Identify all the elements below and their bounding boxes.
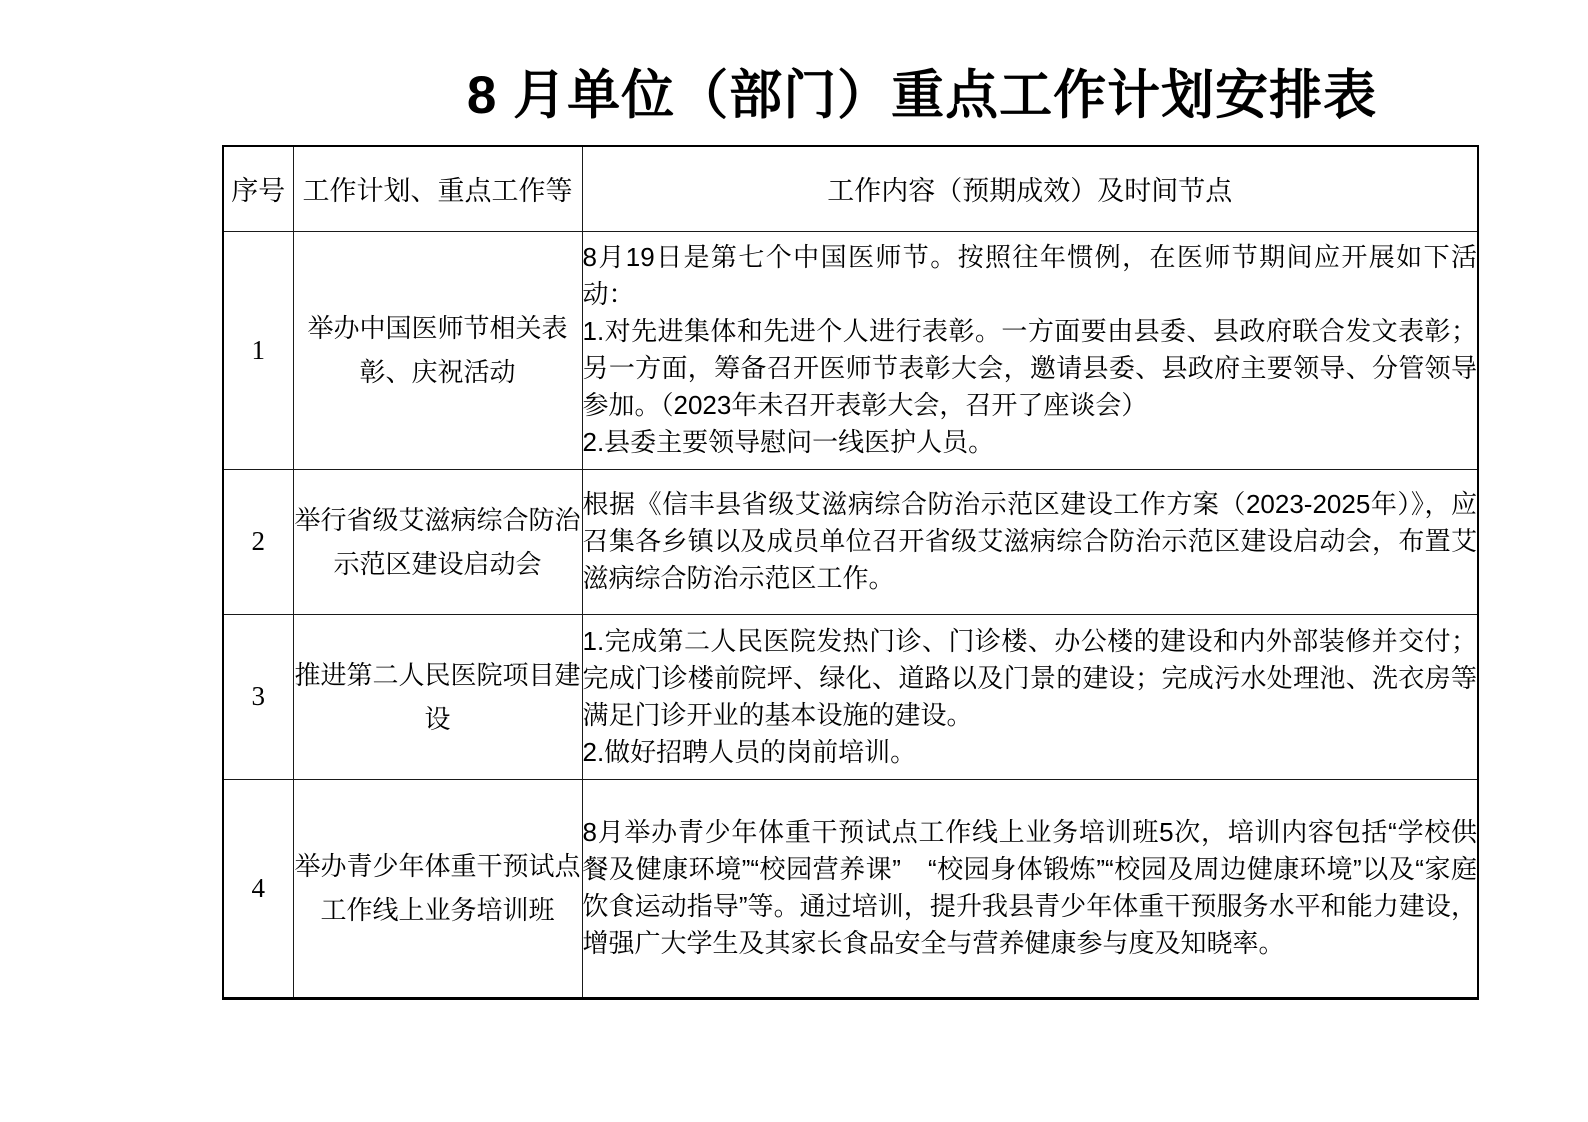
row-number: 2 <box>223 469 293 614</box>
page-title: 8 月单位（部门）重点工作计划安排表 <box>300 66 1544 126</box>
table-row: 2 举行省级艾滋病综合防治示范区建设启动会 根据《信丰县省级艾滋病综合防治示范区… <box>223 469 1478 614</box>
table-row: 1 举办中国医师节相关表彰、庆祝活动 8月19日是第七个中国医师节。按照往年惯例… <box>223 231 1478 469</box>
row-content: 1.完成第二人民医院发热门诊、门诊楼、办公楼的建设和内外部装修并交付；完成门诊楼… <box>582 614 1478 779</box>
table-row: 4 举办青少年体重干预试点工作线上业务培训班 8月举办青少年体重干预试点工作线上… <box>223 779 1478 998</box>
row-content: 8月19日是第七个中国医师节。按照往年惯例，在医师节期间应开展如下活动： 1.对… <box>582 231 1478 469</box>
row-plan: 举行省级艾滋病综合防治示范区建设启动会 <box>293 469 582 614</box>
row-plan: 举办青少年体重干预试点工作线上业务培训班 <box>293 779 582 998</box>
header-serial-number: 序号 <box>223 146 293 231</box>
title-container: 8 月单位（部门）重点工作计划安排表 <box>300 66 1544 126</box>
document-page: { "title": "8 月单位（部门）重点工作计划安排表", "colors… <box>0 0 1588 1122</box>
row-content: 根据《信丰县省级艾滋病综合防治示范区建设工作方案（2023-2025年）》，应召… <box>582 469 1478 614</box>
row-content: 8月举办青少年体重干预试点工作线上业务培训班5次，培训内容包括“学校供餐及健康环… <box>582 779 1478 998</box>
row-plan: 举办中国医师节相关表彰、庆祝活动 <box>293 231 582 469</box>
table-header-row: 序号 工作计划、重点工作等 工作内容（预期成效）及时间节点 <box>223 146 1478 231</box>
table-row: 3 推进第二人民医院项目建设 1.完成第二人民医院发热门诊、门诊楼、办公楼的建设… <box>223 614 1478 779</box>
row-plan: 推进第二人民医院项目建设 <box>293 614 582 779</box>
header-work-plan: 工作计划、重点工作等 <box>293 146 582 231</box>
header-work-content: 工作内容（预期成效）及时间节点 <box>582 146 1478 231</box>
row-number: 4 <box>223 779 293 998</box>
row-number: 1 <box>223 231 293 469</box>
row-number: 3 <box>223 614 293 779</box>
work-plan-table: 序号 工作计划、重点工作等 工作内容（预期成效）及时间节点 1 举办中国医师节相… <box>222 145 1479 1000</box>
